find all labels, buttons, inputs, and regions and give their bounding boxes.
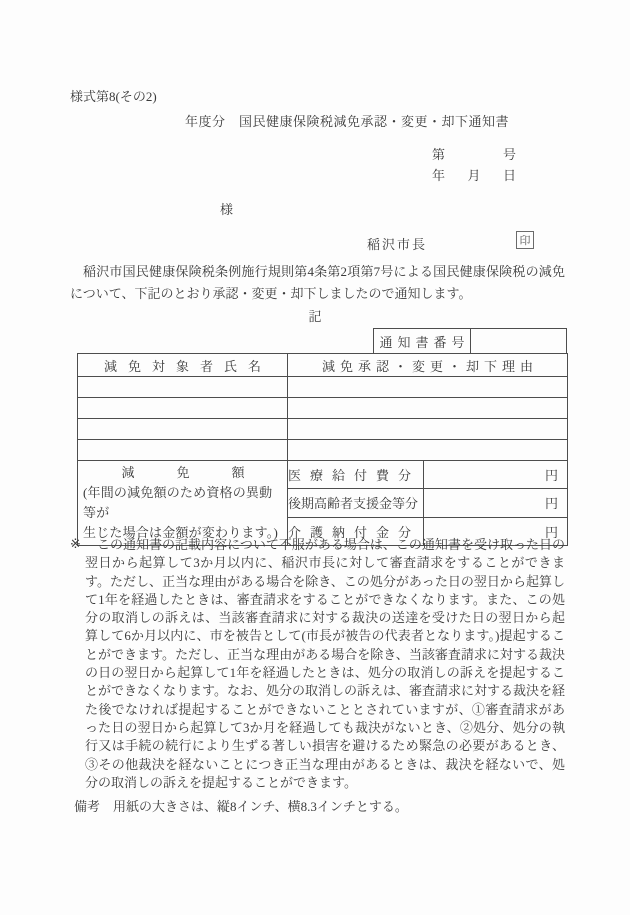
table-row: [78, 440, 568, 461]
document-date-line: 年 月 日: [432, 165, 516, 184]
remarks-line: 備考 用紙の大きさは、縦8インチ、横8.3インチとする。: [74, 796, 408, 815]
notification-table: 通知書番号 減免対象者氏名 減免承認・変更・却下理由: [77, 328, 567, 546]
reduction-amount-title: 減免額: [121, 465, 286, 480]
remarks-text: 用紙の大きさは、縦8インチ、横8.3インチとする。: [113, 796, 408, 815]
target-name-cell: [78, 440, 288, 461]
addressee-honorific: 様: [220, 199, 233, 218]
date-year-label: 年: [432, 165, 445, 184]
reason-cell: [288, 440, 568, 461]
table-header-row: 減免対象者氏名 減免承認・変更・却下理由: [78, 354, 568, 377]
notice-number-label: 通知書番号: [379, 332, 469, 351]
appeal-note: ※ この通知書の記載内容について不服がある場合は、この通知書を受け取った日の翌日…: [70, 536, 565, 792]
notice-number-label-cell: 通知書番号: [374, 329, 471, 353]
reduction-amount-note-line1: (年間の減免額のため資格の異動等が: [83, 483, 283, 523]
header-reason: 減免承認・変更・却下理由: [322, 359, 538, 374]
notice-number-value-cell: [471, 329, 566, 353]
appeal-note-text: この通知書の記載内容について不服がある場合は、この通知書を受け取った日の翌日から…: [85, 536, 565, 792]
seal-character: 印: [520, 232, 531, 248]
table-row: [78, 377, 568, 398]
medical-benefit-unit: 円: [545, 468, 558, 483]
medical-benefit-amount-cell: 円: [424, 461, 568, 489]
table-row: [78, 398, 568, 419]
intro-paragraph: 稲沢市国民健康保険税条例施行規則第4条第2項第7号による国民健康保険税の減免につ…: [70, 261, 565, 304]
notice-number-row: 通知書番号: [373, 328, 567, 353]
seal-mark: 印: [516, 231, 534, 249]
header-target-name-cell: 減免対象者氏名: [78, 354, 288, 377]
issuer-name: 稲沢市長: [367, 234, 427, 253]
elderly-support-label: 後期高齢者支援金等分: [288, 496, 418, 511]
document-page: 様式第8(その2) 年度分 国民健康保険税減免承認・変更・却下通知書 第 号 年…: [0, 0, 630, 915]
elderly-support-unit: 円: [545, 496, 558, 511]
elderly-support-amount-cell: 円: [424, 489, 568, 517]
target-name-cell: [78, 398, 288, 419]
table-row: [78, 419, 568, 440]
reduction-table: 減免対象者氏名 減免承認・変更・却下理由: [77, 353, 568, 546]
amount-row-medical: 減免額 (年間の減免額のため資格の異動等が 生じた場合は金額が変わります。) 医…: [78, 461, 568, 489]
number-prefix: 第: [432, 144, 445, 163]
header-reason-cell: 減免承認・変更・却下理由: [288, 354, 568, 377]
header-target-name: 減免対象者氏名: [104, 359, 272, 374]
reason-cell: [288, 419, 568, 440]
date-day-label: 日: [503, 165, 516, 184]
reason-cell: [288, 398, 568, 419]
number-suffix: 号: [503, 144, 516, 163]
document-title: 年度分 国民健康保険税減免承認・変更・却下通知書: [185, 111, 509, 130]
medical-benefit-label-cell: 医療給付費分: [288, 461, 424, 489]
elderly-support-label-cell: 後期高齢者支援金等分: [288, 489, 424, 517]
target-name-cell: [78, 419, 288, 440]
medical-benefit-label: 医療給付費分: [288, 468, 420, 483]
form-code: 様式第8(その2): [70, 86, 157, 105]
target-name-cell: [78, 377, 288, 398]
date-month-label: 月: [467, 165, 480, 184]
note-marker: ※: [70, 536, 81, 552]
reduction-amount-header-cell: 減免額 (年間の減免額のため資格の異動等が 生じた場合は金額が変わります。): [78, 461, 288, 546]
record-marker: 記: [0, 306, 630, 325]
reason-cell: [288, 377, 568, 398]
document-number-line: 第 号: [432, 144, 516, 163]
remarks-label: 備考: [74, 796, 100, 815]
